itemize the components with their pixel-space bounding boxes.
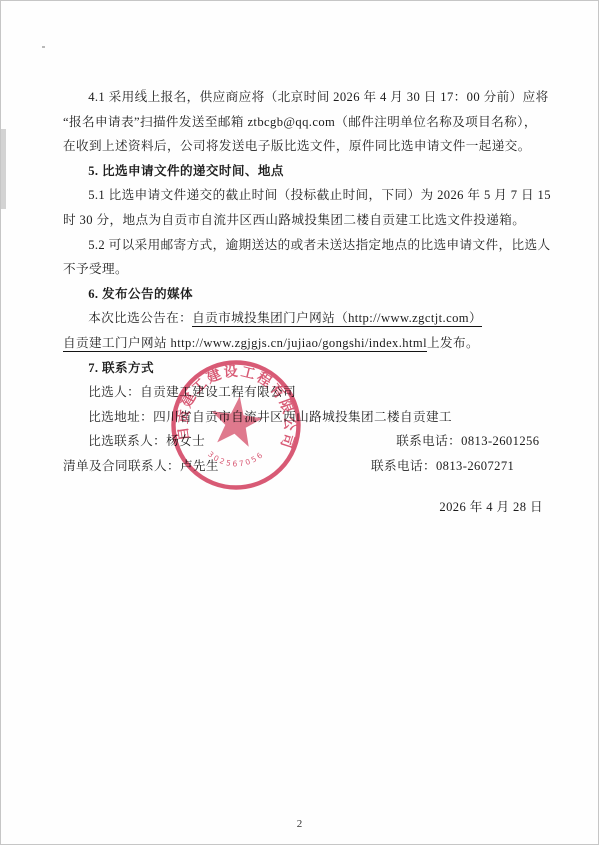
contact-line-1: 比选联系人：杨女士 联系电话：0813-2601256	[63, 429, 545, 454]
portal-url-zgjgjs: 自贡建工门户网站 http://www.zgjgjs.cn/jujiao/gon…	[63, 336, 427, 352]
contact-phone-2: 联系电话：0813-2607271	[371, 454, 514, 479]
page-number: 2	[1, 818, 598, 830]
document-date: 2026 年 4 月 28 日	[63, 495, 545, 520]
para-5-1-line-1: 5.1 比选申请文件递交的截止时间（投标截止时间，下同）为 2026 年 5 月…	[63, 183, 545, 208]
document-body: 4.1 采用线上报名，供应商应将（北京时间 2026 年 4 月 30 日 17…	[63, 85, 545, 519]
announcement-intro: 本次比选公告在：	[88, 311, 192, 325]
contact-person-2: 清单及合同联系人：卢先生	[63, 459, 219, 473]
contact-phone-1: 联系电话：0813-2601256	[371, 429, 539, 454]
heading-section-7: 7. 联系方式	[63, 356, 545, 381]
para-5-2-line-1: 5.2 可以采用邮寄方式，逾期送达的或者未送达指定地点的比选申请文件，比选人	[63, 233, 545, 258]
scanned-document-page: 4.1 采用线上报名，供应商应将（北京时间 2026 年 4 月 30 日 17…	[0, 0, 599, 845]
contact-person-1: 比选联系人：杨女士	[88, 434, 205, 448]
para-6-line-1: 本次比选公告在：自贡市城投集团门户网站（http://www.zgctjt.co…	[63, 306, 545, 331]
address-line: 比选地址：四川省自贡市自流井区西山路城投集团二楼自贡建工	[63, 405, 545, 430]
para-4-1-line-3: 在收到上述资料后，公司将发送电子版比选文件，原件同比选申请文件一起递交。	[63, 134, 545, 159]
scan-speck	[42, 46, 45, 48]
bidder-line: 比选人：自贡建工建设工程有限公司	[63, 380, 545, 405]
para-4-1-line-1: 4.1 采用线上报名，供应商应将（北京时间 2026 年 4 月 30 日 17…	[63, 85, 545, 110]
para-5-2-line-2: 不予受理。	[63, 257, 545, 282]
para-4-1-line-2: “报名申请表”扫描件发送至邮箱 ztbcgb@qq.com（邮件注明单位名称及项…	[63, 110, 545, 135]
announcement-suffix: 上发布。	[427, 336, 479, 350]
portal-url-zgctjt: 自贡市城投集团门户网站（http://www.zgctjt.com）	[192, 311, 482, 327]
scan-edge-shadow	[1, 129, 6, 209]
para-5-1-line-2: 时 30 分，地点为自贡市自流井区西山路城投集团二楼自贡建工比选文件投递箱。	[63, 208, 545, 233]
heading-section-6: 6. 发布公告的媒体	[63, 282, 545, 307]
para-6-line-2: 自贡建工门户网站 http://www.zgjgjs.cn/jujiao/gon…	[63, 331, 545, 356]
contact-line-2: 清单及合同联系人：卢先生 联系电话：0813-2607271	[63, 454, 545, 479]
heading-section-5: 5. 比选申请文件的递交时间、地点	[63, 159, 545, 184]
